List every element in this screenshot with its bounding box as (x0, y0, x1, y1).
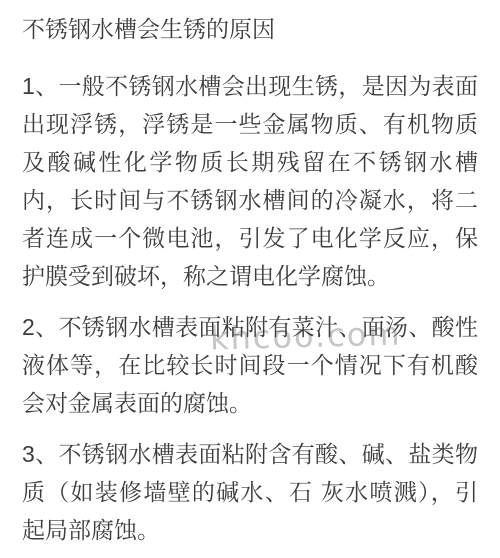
paragraph-line: 2、不锈钢水槽表面粘附有菜汁、面汤、酸性 (22, 308, 478, 346)
article-title: 不锈钢水槽会生锈的原因 (22, 12, 478, 46)
paragraph: 2、不锈钢水槽表面粘附有菜汁、面汤、酸性液体等，在比较长时间段一个情况下有机酸会… (22, 308, 478, 422)
paragraph-line: 内，长时间与不锈钢水槽间的冷凝水，将二 (22, 181, 478, 219)
paragraph-line: 液体等，在比较长时间段一个情况下有机酸 (22, 346, 478, 384)
article-body: 1、一般不锈钢水槽会出现生锈，是因为表面出现浮锈，浮锈是一些金属物质、有机物质及… (22, 67, 478, 549)
paragraph: 1、一般不锈钢水槽会出现生锈，是因为表面出现浮锈，浮锈是一些金属物质、有机物质及… (22, 67, 478, 295)
paragraph-line: 起局部腐蚀。 (22, 511, 478, 549)
paragraph: 3、不锈钢水槽表面粘附含有酸、碱、盐类物质（如装修墙壁的碱水、石 灰水喷溅），引… (22, 435, 478, 549)
paragraph-line: 3、不锈钢水槽表面粘附含有酸、碱、盐类物 (22, 435, 478, 473)
article-content: 不锈钢水槽会生锈的原因 1、一般不锈钢水槽会出现生锈，是因为表面出现浮锈，浮锈是… (0, 0, 500, 549)
paragraph-line: 出现浮锈，浮锈是一些金属物质、有机物质 (22, 105, 478, 143)
paragraph-line: 护膜受到破坏，称之谓电化学腐蚀。 (22, 257, 478, 295)
paragraph-line: 质（如装修墙壁的碱水、石 灰水喷溅），引 (22, 473, 478, 511)
paragraph-line: 1、一般不锈钢水槽会出现生锈，是因为表面 (22, 67, 478, 105)
paragraph-line: 及酸碱性化学物质长期残留在不锈钢水槽 (22, 143, 478, 181)
paragraph-line: 者连成一个微电池，引发了电化学反应，保 (22, 219, 478, 257)
paragraph-line: 会对金属表面的腐蚀。 (22, 384, 478, 422)
article-page: khcoo.com 不锈钢水槽会生锈的原因 1、一般不锈钢水槽会出现生锈，是因为… (0, 0, 500, 558)
